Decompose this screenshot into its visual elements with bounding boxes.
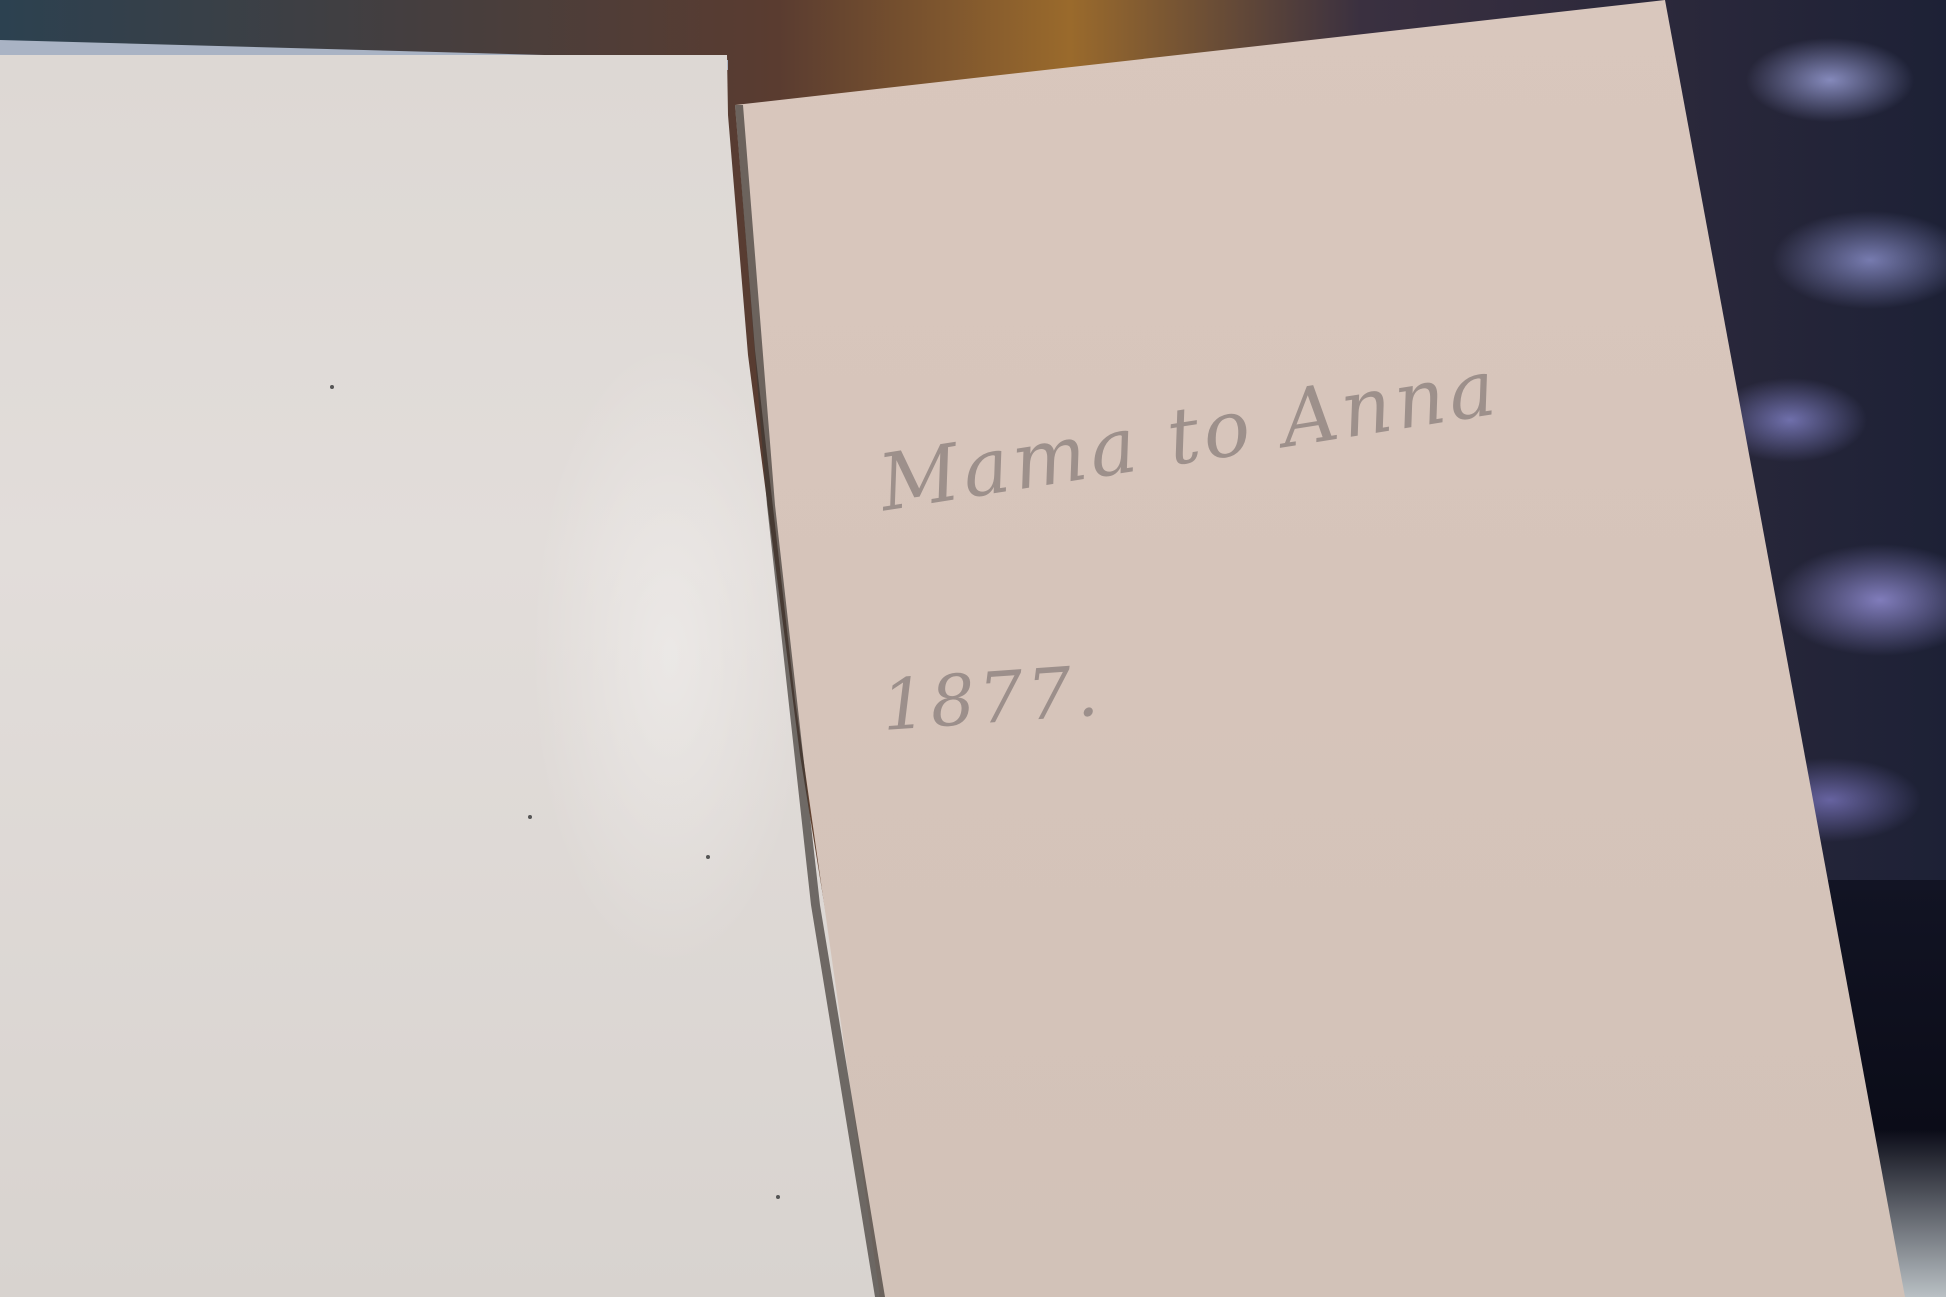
paper-speck [706,855,710,859]
paper-speck [776,1195,780,1199]
photo-scene: Mama to Anna 1877. [0,0,1946,1297]
inscription-date: 1877. [879,650,1105,747]
paper-speck [528,815,532,819]
paper-speck [330,385,334,389]
